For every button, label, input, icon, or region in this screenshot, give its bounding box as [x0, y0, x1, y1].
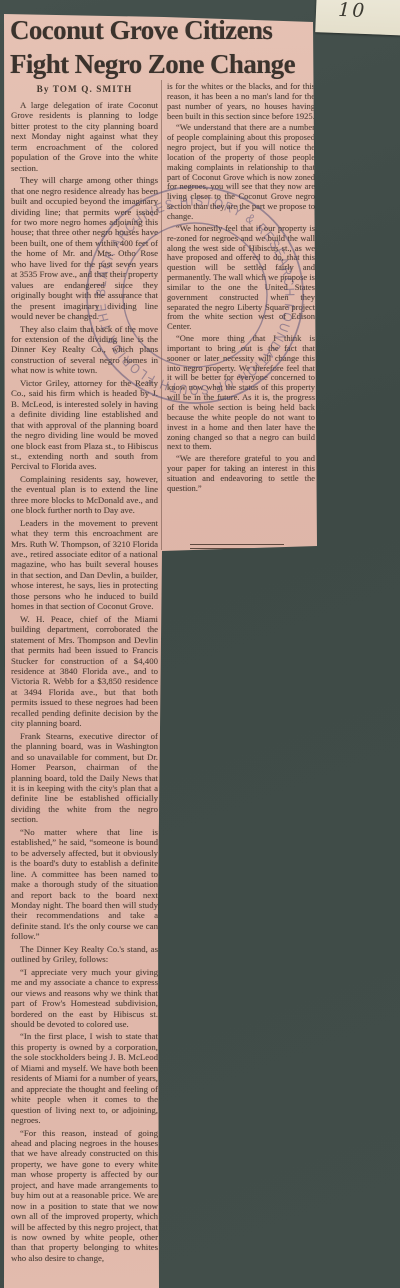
archive-index-tag: 10: [315, 0, 400, 36]
article-paragraph: “In the first place, I wish to state tha…: [11, 1031, 158, 1125]
article-paragraph: “One more thing that I think is importan…: [167, 334, 315, 452]
article-paragraph: Frank Stearns, executive director of the…: [11, 731, 158, 825]
article-paragraph: Leaders in the movement to prevent what …: [11, 518, 158, 612]
article-paragraph: Complaining residents say, however, the …: [11, 474, 158, 516]
article-paragraph: They also claim that back of the move fo…: [11, 324, 158, 376]
column-divider-rule: [161, 80, 162, 550]
end-of-article-rule: [190, 544, 284, 549]
article-paragraph: A large delegation of irate Coconut Grov…: [11, 100, 158, 173]
column-1-paragraphs: A large delegation of irate Coconut Grov…: [11, 100, 158, 1263]
article-paragraph: “No matter where that line is establishe…: [11, 827, 158, 942]
article-column-1: By TOM Q. SMITH A large delegation of ir…: [11, 82, 158, 1265]
article-paragraph: “I appreciate very much your giving me a…: [11, 967, 158, 1030]
article-paragraph: is for the whites or the blacks, and for…: [167, 82, 315, 121]
column-2-paragraphs: is for the whites or the blacks, and for…: [167, 82, 315, 494]
article-paragraph: “We are therefore grateful to you and yo…: [167, 454, 315, 493]
article-paragraph: They will charge among other things that…: [11, 175, 158, 321]
article-column-2: is for the whites or the blacks, and for…: [167, 82, 315, 496]
archive-index-number: 10: [338, 0, 367, 22]
headline-line-2: Fight Negro Zone Change: [10, 47, 314, 81]
article-byline: By TOM Q. SMITH: [11, 84, 158, 94]
newspaper-clipping: Coconut Grove Citizens Fight Negro Zone …: [4, 6, 318, 1288]
article-paragraph: The Dinner Key Realty Co.'s stand, as ou…: [11, 944, 158, 965]
article-paragraph: “For this reason, instead of going ahead…: [11, 1128, 158, 1264]
article-paragraph: “We understand that there are a number o…: [167, 123, 315, 221]
headline-line-1: Coconut Grove Citizens: [10, 13, 314, 47]
article-paragraph: W. H. Peace, chief of the Miami building…: [11, 614, 158, 729]
article-headline: Coconut Grove Citizens Fight Negro Zone …: [10, 13, 314, 81]
article-paragraph: “We honestly feel that if our property i…: [167, 224, 315, 332]
article-paragraph: Victor Griley, attorney for the Realty C…: [11, 378, 158, 472]
